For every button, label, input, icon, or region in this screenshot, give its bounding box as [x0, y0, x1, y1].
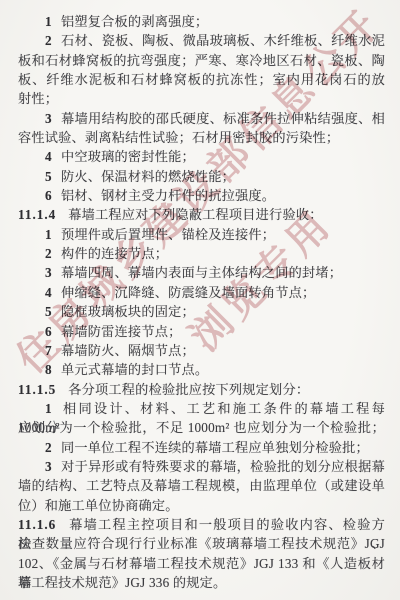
text-line: 4伸缩缝、沉降缝、防震缝及墙面转角节点； [18, 283, 385, 302]
item-number: 11.1.4 [18, 205, 56, 224]
item-number: 3 [45, 457, 61, 476]
text-line: 11.1.5各分项工程的检验批应按下列规定划分： [18, 380, 385, 399]
item-number: 2 [45, 438, 61, 457]
item-number: 2 [45, 31, 61, 50]
line-text: 单元式幕墙的封口节点。 [61, 362, 208, 377]
text-line: 2同一单位工程不连续的幕墙工程应单独划分检验批； [18, 438, 385, 457]
line-text: 石材、瓷板、陶板、微晶玻璃板、木纤维板、纤维水泥 [61, 33, 385, 48]
text-line: 7幕墙防火、隔烟节点； [18, 341, 385, 360]
line-text: 幕墙用结构胶的邵氏硬度、标准条件拉伸粘结强度、相 [61, 111, 385, 126]
text-line: 6幕墙防雷连接节点； [18, 322, 385, 341]
text-line: 5防火、保温材料的燃烧性能； [18, 167, 385, 186]
item-number: 5 [45, 302, 61, 321]
item-number: 11.1.6 [18, 515, 56, 534]
line-text: 对于异形或有特殊要求的幕墙，检验批的划分应根据幕 [61, 459, 385, 474]
line-text: 检查数量应符合现行行业标准《玻璃幕墙工程技术规范》JGJ [18, 536, 385, 551]
item-number: 4 [45, 147, 61, 166]
item-number: 1 [45, 225, 61, 244]
text-line: 102、《金属与石材幕墙工程技术规范》JGJ 133 和《人造板材幕 [18, 554, 385, 573]
line-text: 同一单位工程不连续的幕墙工程应单独划分检验批； [61, 440, 369, 455]
text-line: 位）和施工单位协商确定。 [18, 496, 385, 515]
text-line: 检查数量应符合现行行业标准《玻璃幕墙工程技术规范》JGJ [18, 534, 385, 553]
text-line: 2石材、瓷板、陶板、微晶玻璃板、木纤维板、纤维水泥 [18, 31, 385, 50]
item-number: 8 [45, 360, 61, 379]
line-text: 中空玻璃的密封性能； [61, 149, 195, 164]
line-text: 容性试验、剥离粘结性试验；石材用密封胶的污染性； [18, 130, 339, 145]
text-line: 11.1.6幕墙工程主控项目和一般项目的验收内容、检验方法、 [18, 515, 385, 534]
item-number: 6 [45, 186, 61, 205]
item-number: 3 [45, 109, 61, 128]
text-line: 墙工程技术规范》JGJ 336 的规定。 [18, 573, 385, 592]
line-text: 幕墙防雷连接节点； [61, 324, 182, 339]
line-text: 隐框玻璃板块的固定； [61, 304, 195, 319]
line-text: 板和石材蜂窝板的抗弯强度；严寒、寒冷地区石材、瓷板、陶 [18, 53, 385, 68]
line-text: 各分项工程的检验批应按下列规定划分： [68, 382, 309, 397]
line-text: 幕墙防火、隔烟节点； [61, 343, 195, 358]
item-number: 1 [45, 399, 61, 418]
document-body: 1铝塑复合板的剥离强度； 2石材、瓷板、陶板、微晶玻璃板、木纤维板、纤维水泥 板… [0, 0, 400, 592]
text-line: 3幕墙用结构胶的邵氏硬度、标准条件拉伸粘结强度、相 [18, 109, 385, 128]
line-text: 幕墙工程应对下列隐蔽工程项目进行验收： [68, 207, 322, 222]
item-number: 1 [45, 12, 61, 31]
line-text: 铝塑复合板的剥离强度； [61, 14, 208, 29]
line-text: 预埋件或后置埋件、锚栓及连接件； [61, 227, 275, 242]
text-line: 11.1.4幕墙工程应对下列隐蔽工程项目进行验收： [18, 205, 385, 224]
line-text: 墙的结构、工艺特点及幕墙工程规模，由监理单位（或建设单 [18, 478, 385, 493]
text-line: 4中空玻璃的密封性能； [18, 147, 385, 166]
document-page: 1铝塑复合板的剥离强度； 2石材、瓷板、陶板、微晶玻璃板、木纤维板、纤维水泥 板… [0, 0, 400, 600]
line-text: 防火、保温材料的燃烧性能； [61, 169, 235, 184]
text-line: 2构件的连接节点； [18, 244, 385, 263]
item-number: 6 [45, 322, 61, 341]
item-number: 3 [45, 263, 61, 282]
line-text: 墙工程技术规范》JGJ 336 的规定。 [18, 575, 226, 590]
item-number: 5 [45, 167, 61, 186]
text-line: 5隐框玻璃板块的固定； [18, 302, 385, 321]
text-line: 1铝塑复合板的剥离强度； [18, 12, 385, 31]
text-line: 射性； [18, 89, 385, 108]
text-line: 1相同设计、材料、工艺和施工条件的幕墙工程每 1000m² [18, 399, 385, 418]
line-text: 幕墙四周、幕墙内表面与主体结构之间的封堵； [61, 265, 342, 280]
text-line: 板和石材蜂窝板的抗弯强度；严寒、寒冷地区石材、瓷板、陶 [18, 51, 385, 70]
text-line: 墙的结构、工艺特点及幕墙工程规模，由监理单位（或建设单 [18, 476, 385, 495]
line-text: 伸缩缝、沉降缝、防震缝及墙面转角节点； [61, 285, 315, 300]
item-number: 4 [45, 283, 61, 302]
text-line: 板、纤维水泥板和石材蜂窝板的抗冻性；室内用花岗石的放 [18, 70, 385, 89]
text-line: 1预埋件或后置埋件、锚栓及连接件； [18, 225, 385, 244]
text-line: 容性试验、剥离粘结性试验；石材用密封胶的污染性； [18, 128, 385, 147]
line-text: 位）和施工单位协商确定。 [18, 498, 179, 513]
text-line: 6铝材、钢材主受力杆件的抗拉强度。 [18, 186, 385, 205]
line-text: 应划分为一个检验批，不足 1000m² 也应划分为一个检验批； [18, 420, 385, 435]
line-text: 构件的连接节点； [61, 246, 168, 261]
text-line: 8单元式幕墙的封口节点。 [18, 360, 385, 379]
line-text: 射性； [18, 91, 58, 106]
item-number: 7 [45, 341, 61, 360]
text-line: 3幕墙四周、幕墙内表面与主体结构之间的封堵； [18, 263, 385, 282]
item-number: 11.1.5 [18, 380, 56, 399]
text-line: 3对于异形或有特殊要求的幕墙，检验批的划分应根据幕 [18, 457, 385, 476]
line-text: 铝材、钢材主受力杆件的抗拉强度。 [61, 188, 275, 203]
item-number: 2 [45, 244, 61, 263]
text-line: 应划分为一个检验批，不足 1000m² 也应划分为一个检验批； [18, 418, 385, 437]
line-text: 板、纤维水泥板和石材蜂窝板的抗冻性；室内用花岗石的放 [18, 72, 385, 87]
